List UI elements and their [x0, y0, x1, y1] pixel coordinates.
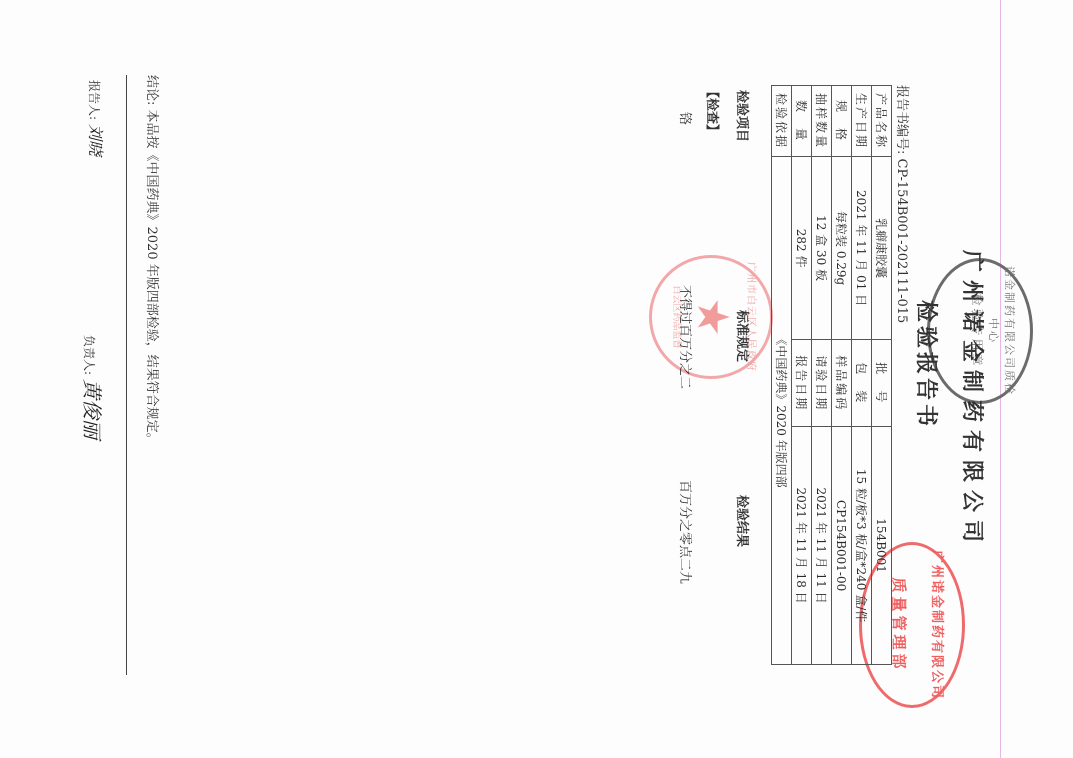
field-value: 282 件 — [792, 157, 812, 340]
info-row: 抽样数量12 盒 30 板请验日期2021 年 11 月 11 日 — [812, 86, 832, 665]
info-row: 产品名称乳癖康胶囊批 号154B001 — [872, 86, 892, 665]
report-number: 报告书编号: CP-154B001-202111-015 — [894, 85, 913, 323]
field-value: 乳癖康胶囊 — [872, 157, 892, 340]
seal-center-text: 质量管理部 — [889, 545, 910, 705]
seal-arc-text: 广州诺金制药有限公司 — [929, 545, 948, 705]
field-label: 批 号 — [872, 340, 892, 427]
field-value: CP154B001-00 — [832, 427, 852, 665]
reporter-signature: 刘晓 — [86, 124, 105, 156]
info-row: 数 量282 件报告日期2021 年 11 月 18 日 — [792, 86, 812, 665]
field-label: 生产日期 — [852, 86, 872, 157]
conclusion: 结论: 本品按《中国药典》2020 年版四部检验，结果符合规定。 — [144, 75, 163, 446]
field-label: 数 量 — [792, 86, 812, 157]
field-value: 2021 年 11 月 18 日 — [792, 427, 812, 665]
field-value: 154B001 — [872, 427, 892, 665]
info-row-basis: 检验依据《中国药典》2020 年版四部 — [772, 86, 792, 665]
field-label: 规 格 — [832, 86, 852, 157]
test-result: 百万分之零点二九 — [677, 480, 696, 584]
section-inspection: 【检查】 — [704, 85, 723, 137]
responsible-label: 负责人: — [82, 335, 96, 375]
field-label: 请验日期 — [812, 340, 832, 427]
field-value: 2021 年 11 月 01 日 — [852, 157, 872, 340]
field-label: 抽样数量 — [812, 86, 832, 157]
test-item: 铬 — [677, 112, 696, 125]
field-label: 检验依据 — [772, 86, 792, 157]
info-row: 生产日期2021 年 11 月 01 日包 装15 粒/板*3 板/盒*240 … — [852, 86, 872, 665]
field-label: 样品编码 — [832, 340, 852, 427]
product-info-table: 产品名称乳癖康胶囊批 号154B001生产日期2021 年 11 月 01 日包… — [771, 85, 892, 665]
official-round-seal: 广州市白云区人民政府 ★ 白云区药品监督 — [649, 255, 773, 379]
responsible-signature: 黄俊丽 — [80, 379, 104, 439]
seal-arc-text: 诺金制药有限公司质检中心 — [986, 261, 1018, 401]
field-value: 《中国药典》2020 年版四部 — [772, 157, 792, 665]
responsible: 负责人: 黄俊丽 — [79, 335, 108, 439]
reporter: 报告人: 刘晓 — [85, 80, 108, 156]
report-number-label: 报告书编号: — [894, 85, 909, 154]
test-standard: 不得过百万分之二 — [677, 285, 696, 389]
field-value: 2021 年 11 月 11 日 — [812, 427, 832, 665]
company-name: 广州诺金制药有限公司 — [958, 250, 989, 550]
report-number-value: CP-154B001-202111-015 — [894, 159, 909, 324]
col-standard: 标准规定 — [734, 310, 753, 362]
field-value: 每粒装 0.29g — [832, 157, 852, 340]
report-title: 检验报告书 — [912, 300, 943, 430]
col-test-item: 检验项目 — [734, 90, 753, 142]
field-value: 15 粒/板*3 板/盒*240 盒/件 — [852, 427, 872, 665]
field-value: 12 盒 30 板 — [812, 157, 832, 340]
field-label: 包 装 — [852, 340, 872, 427]
col-result: 检验结果 — [734, 495, 753, 547]
field-label: 产品名称 — [872, 86, 892, 157]
signature-divider — [126, 75, 127, 675]
inspection-report-page: 诺金制药有限公司质检中心 检验专用章 广州诺金制药有限公司 质量管理部 广州市白… — [0, 0, 1073, 758]
info-row: 规 格每粒装 0.29g样品编码CP154B001-00 — [832, 86, 852, 665]
reporter-label: 报告人: — [87, 80, 101, 120]
field-label: 报告日期 — [792, 340, 812, 427]
